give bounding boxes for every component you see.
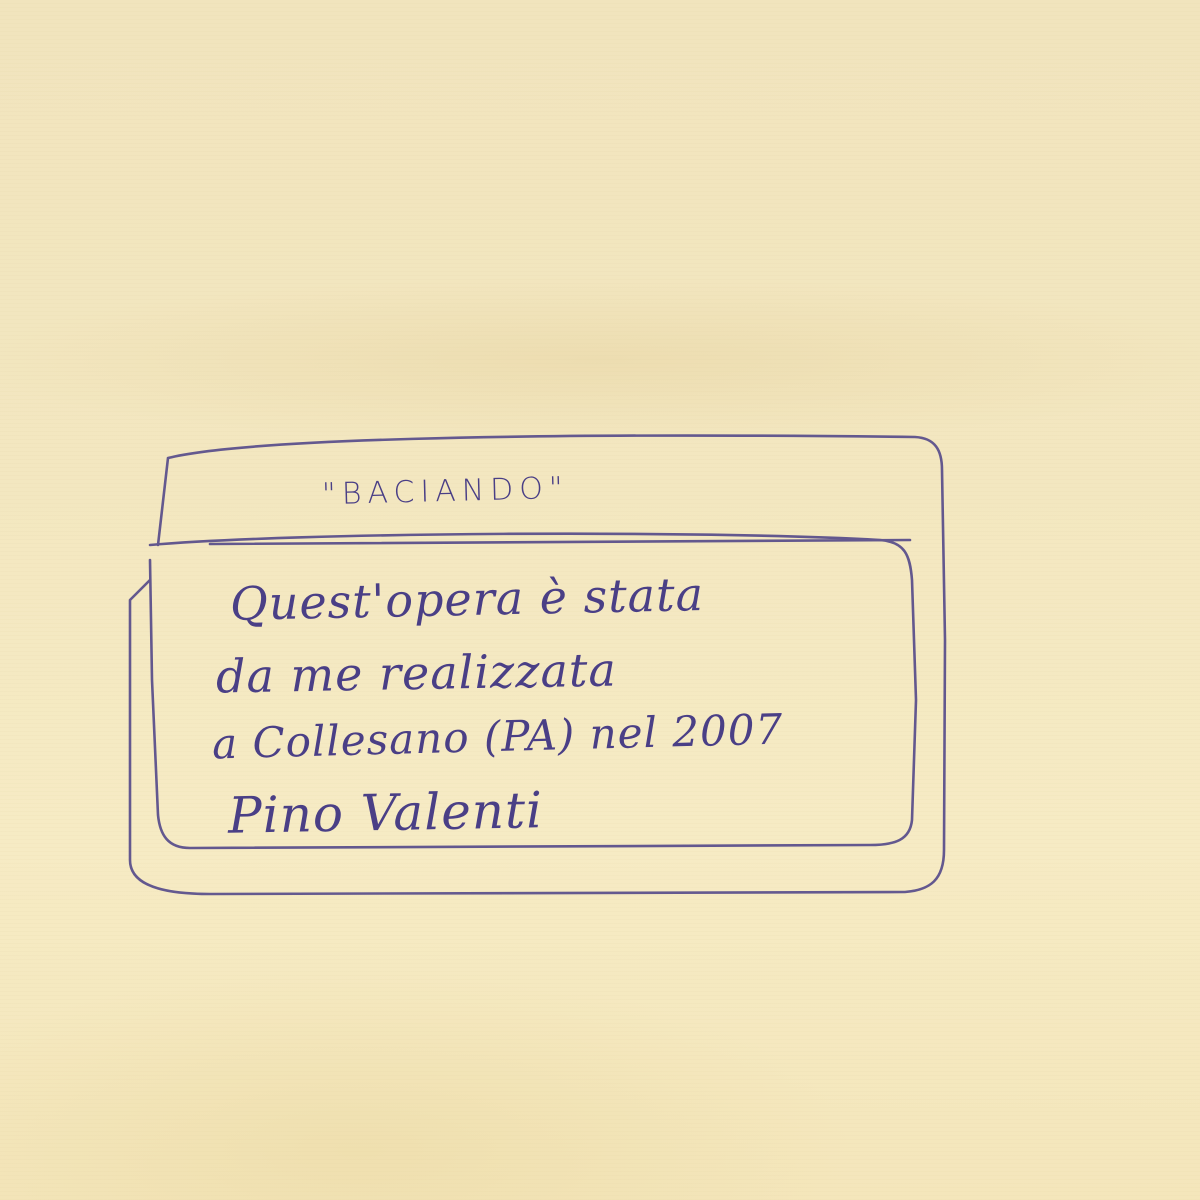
title-underline [210, 540, 910, 544]
wood-panel-surface: "BACIANDO" Quest'opera è stata da me rea… [0, 0, 1200, 1200]
inscription-line-1: Quest'opera è stata [229, 567, 704, 631]
artist-signature: Pino Valenti [228, 781, 544, 844]
inscription-line-2: da me realizzata [216, 643, 618, 704]
artwork-title: "BACIANDO" [322, 471, 570, 512]
